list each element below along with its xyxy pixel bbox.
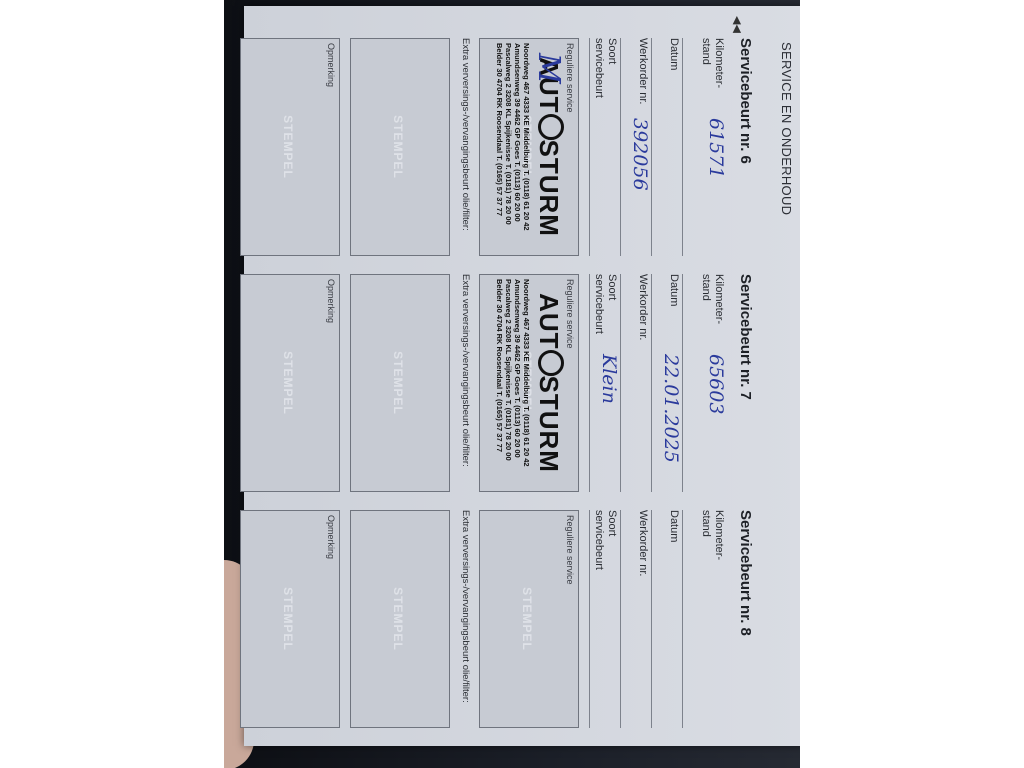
kilometerstand-row: Kilometer-stand61571 (682, 38, 727, 256)
opmerking-box: OpmerkingSTEMPEL (240, 510, 340, 728)
opmerking-label: Opmerking (326, 515, 336, 559)
dealer-location: Belder 30 4704 RK Roosendaal T. (0165) 5… (495, 279, 504, 487)
opmerking-box: OpmerkingSTEMPEL (240, 38, 340, 256)
werkorder-value: 392056 (629, 118, 651, 191)
werkorder-row: Werkorder nr. (620, 510, 651, 728)
soort-label: Soort servicebeurt (592, 274, 618, 352)
dealer-location: Amundsenweg 39 4462 GP Goes T. (0113) 60… (513, 279, 522, 487)
kilometerstand-label: Kilometer-stand (699, 510, 725, 588)
soort-row: Soort servicebeurt (589, 38, 620, 256)
extra-label: Extra verversings-/vervangingsbeurt olie… (460, 510, 471, 728)
service-booklet-page: SERVICE EN ONDERHOUD ◀◀ 8 Servicebeurt n… (244, 6, 800, 746)
entry-title: Servicebeurt nr. 8 (737, 510, 754, 728)
dealer-location: Pascalweg 2 3208 KL Spijkenisse T. (0181… (504, 43, 513, 251)
opmerking-box: OpmerkingSTEMPEL (240, 274, 340, 492)
werkorder-row: Werkorder nr.392056 (620, 38, 651, 256)
werkorder-label: Werkorder nr. (636, 38, 649, 116)
datum-label: Datum (667, 274, 680, 352)
stempel-placeholder: STEMPEL (391, 511, 405, 727)
reguliere-label: Reguliere service (565, 279, 575, 349)
photo: SERVICE EN ONDERHOUD ◀◀ 8 Servicebeurt n… (224, 0, 800, 768)
soort-row: Soort servicebeurtKlein (589, 274, 620, 492)
datum-row: Datum (651, 510, 682, 728)
soort-label: Soort servicebeurt (592, 510, 618, 588)
dealer-stamp: AUTSTURMNoordweg 467 4333 KE Middelburg … (484, 279, 564, 487)
soort-row: Soort servicebeurt (589, 510, 620, 728)
kilometerstand-value: 65603 (705, 354, 727, 414)
kilometerstand-row: Kilometer-stand65603 (682, 274, 727, 492)
stempel-placeholder: STEMPEL (391, 275, 405, 491)
datum-row: Datum22.01.2025 (651, 274, 682, 492)
double-arrow-icon: ◀◀ (731, 16, 744, 33)
reguliere-label: Reguliere service (565, 43, 575, 113)
werkorder-row: Werkorder nr. (620, 274, 651, 492)
datum-label: Datum (667, 510, 680, 588)
datum-row: Datum (651, 38, 682, 256)
section-title: SERVICE EN ONDERHOUD (779, 42, 794, 215)
signature: M (531, 53, 566, 84)
extra-label: Extra verversings-/vervangingsbeurt olie… (460, 38, 471, 256)
entry-title: Servicebeurt nr. 7 (737, 274, 754, 492)
stempel-placeholder: STEMPEL (391, 39, 405, 255)
dealer-location: Amundsenweg 39 4462 GP Goes T. (0113) 60… (513, 43, 522, 251)
extra-label: Extra verversings-/vervangingsbeurt olie… (460, 274, 471, 492)
werkorder-label: Werkorder nr. (636, 274, 649, 352)
service-entry: Servicebeurt nr. 6 Kilometer-stand61571 … (274, 38, 754, 256)
opmerking-label: Opmerking (326, 43, 336, 87)
reguliere-service-box: Reguliere serviceSTEMPELAUTSTURMNoordweg… (479, 274, 579, 492)
datum-value: 22.01.2025 (660, 354, 682, 463)
soort-value: Klein (598, 354, 620, 404)
dealer-location: Pascalweg 2 3208 KL Spijkenisse T. (0181… (504, 279, 513, 487)
entry-title: Servicebeurt nr. 6 (737, 38, 754, 256)
reguliere-service-box: Reguliere serviceSTEMPELAUTSTURMNoordweg… (479, 38, 579, 256)
kilometerstand-value: 61571 (705, 118, 727, 178)
werkorder-label: Werkorder nr. (636, 510, 649, 588)
opmerking-label: Opmerking (326, 279, 336, 323)
extra-box: STEMPEL (350, 510, 450, 728)
dealer-location: Noordweg 467 4333 KE Middelburg T. (0118… (522, 43, 531, 251)
stempel-placeholder: STEMPEL (281, 275, 295, 491)
kilometerstand-label: Kilometer-stand (699, 38, 725, 116)
reguliere-label: Reguliere service (565, 515, 575, 585)
dealer-location: Belder 30 4704 RK Roosendaal T. (0165) 5… (495, 43, 504, 251)
dealer-location: Noordweg 467 4333 KE Middelburg T. (0118… (522, 279, 531, 487)
stempel-placeholder: STEMPEL (281, 511, 295, 727)
extra-box: STEMPEL (350, 38, 450, 256)
dealer-logo: AUTSTURM (533, 279, 564, 487)
stempel-placeholder: STEMPEL (281, 39, 295, 255)
kilometerstand-label: Kilometer-stand (699, 274, 725, 352)
stempel-placeholder: STEMPEL (520, 511, 534, 727)
reguliere-service-box: Reguliere serviceSTEMPEL (479, 510, 579, 728)
service-entry: Servicebeurt nr. 7 Kilometer-stand65603 … (274, 274, 754, 492)
soort-label: Soort servicebeurt (592, 38, 618, 116)
kilometerstand-row: Kilometer-stand (682, 510, 727, 728)
datum-label: Datum (667, 38, 680, 116)
service-entry: Servicebeurt nr. 8 Kilometer-stand Datum… (274, 510, 754, 728)
extra-box: STEMPEL (350, 274, 450, 492)
